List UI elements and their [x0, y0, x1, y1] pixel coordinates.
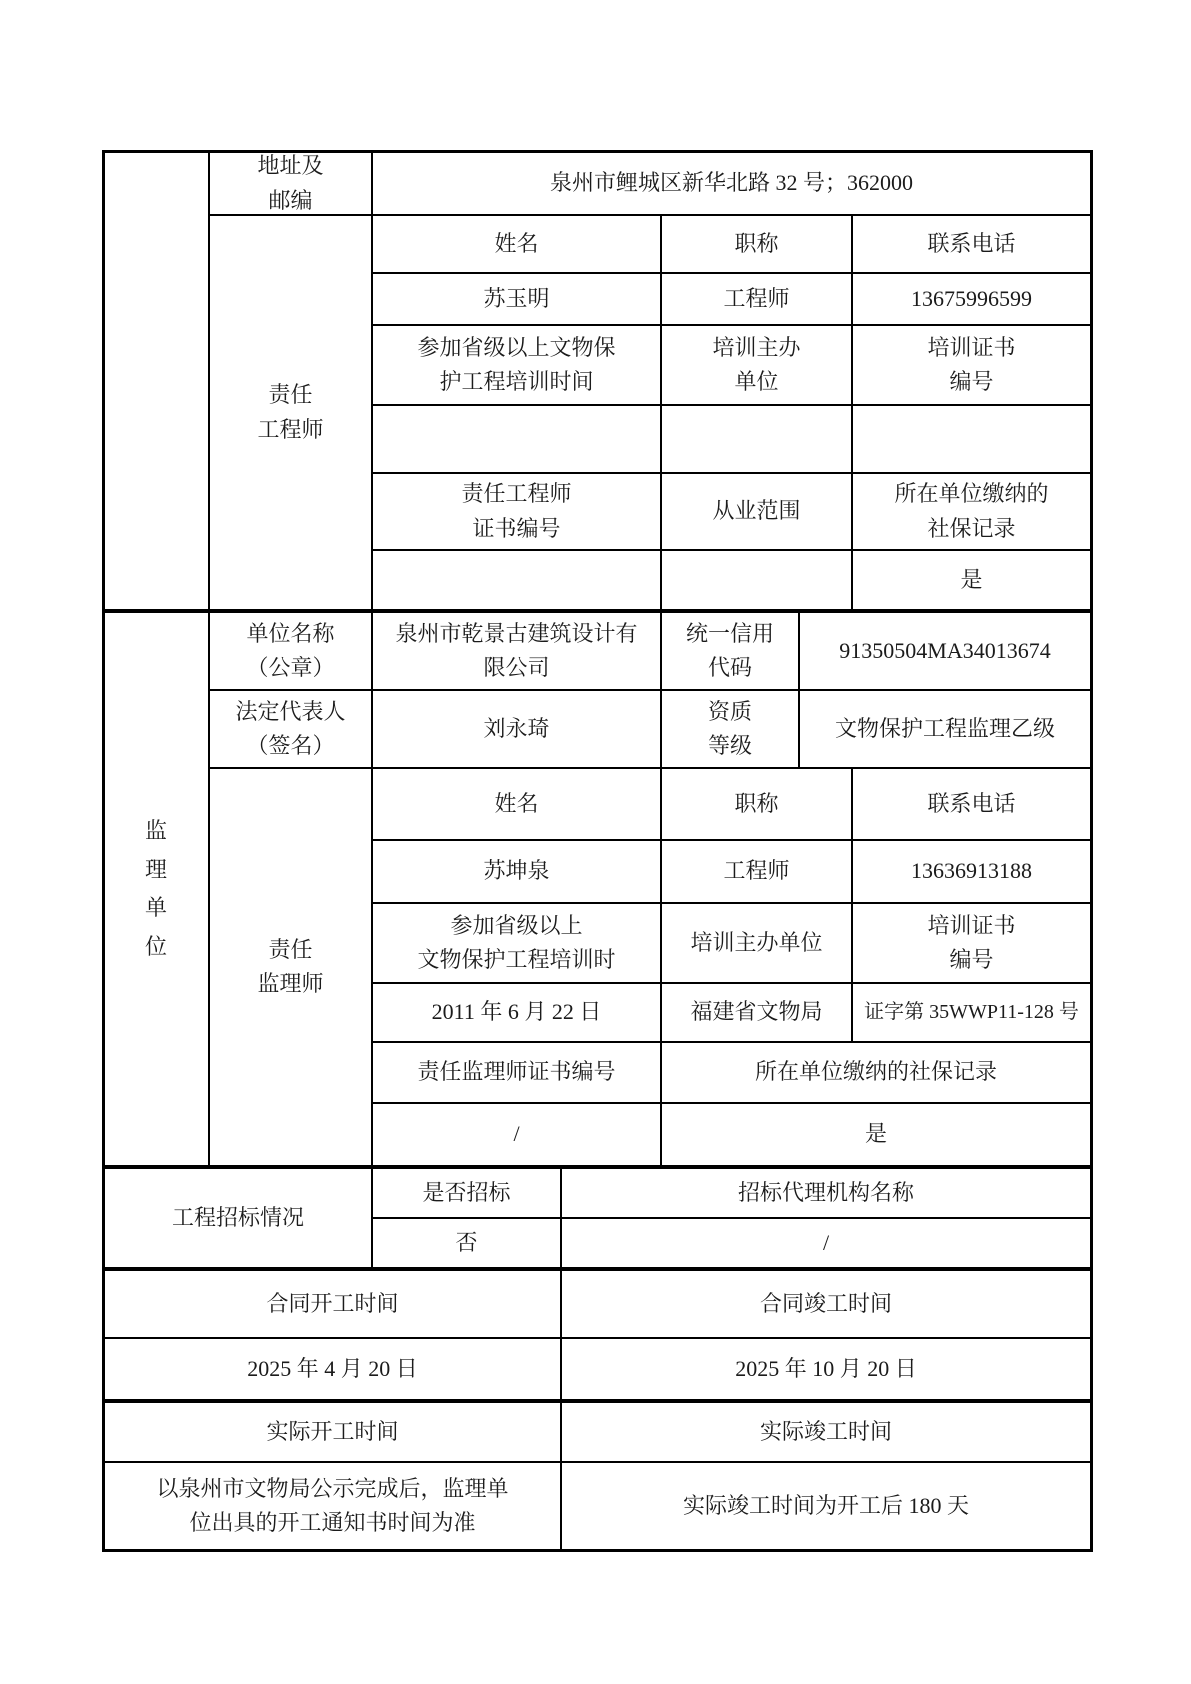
supervisor-header-title-cell: 职称	[662, 769, 853, 841]
supervisor-name-cell: 苏坤泉	[373, 841, 662, 904]
supervisor-cert-number-label-cell: 责任监理师证书编号	[373, 1043, 662, 1104]
engineer-phone-cell: 13675996599	[853, 274, 1090, 326]
engineer-scope-value-cell	[662, 551, 853, 613]
supervisor-training-org-label-cell: 培训主办单位	[662, 904, 853, 984]
engineer-training-org-label-cell: 培训主办 单位	[662, 326, 853, 406]
supervision-company-value-cell: 泉州市乾景古建筑设计有 限公司	[373, 613, 662, 691]
engineer-name-cell: 苏玉明	[373, 274, 662, 326]
supervision-grade-value-cell: 文物保护工程监理乙级	[800, 691, 1090, 769]
supervision-section-label-cell: 监 理 单 位	[105, 613, 210, 1169]
engineer-social-label-cell: 所在单位缴纳的 社保记录	[853, 474, 1090, 551]
actual-end-label-cell: 实际竣工时间	[562, 1403, 1090, 1463]
engineer-training-org-value-cell	[662, 406, 853, 474]
bidding-is-bid-value-cell: 否	[373, 1219, 562, 1271]
engineer-training-time-value-cell	[373, 406, 662, 474]
engineer-training-time-label-cell: 参加省级以上文物保 护工程培训时间	[373, 326, 662, 406]
contract-start-value-cell: 2025 年 4 月 20 日	[105, 1339, 562, 1403]
supervisor-section-label-cell: 责任 监理师	[210, 769, 373, 1169]
address-label-cell: 地址及 邮编	[210, 153, 373, 216]
actual-end-value-cell: 实际竣工时间为开工后 180 天	[562, 1463, 1090, 1549]
engineer-training-cert-label-cell: 培训证书 编号	[853, 326, 1090, 406]
engineer-training-cert-value-cell	[853, 406, 1090, 474]
supervisor-phone-cell: 13636913188	[853, 841, 1090, 904]
supervisor-title-cell: 工程师	[662, 841, 853, 904]
supervisor-training-org-value-cell: 福建省文物局	[662, 984, 853, 1043]
supervisor-training-cert-label-cell: 培训证书 编号	[853, 904, 1090, 984]
address-value-cell: 泉州市鲤城区新华北路 32 号；362000	[373, 153, 1090, 216]
supervisor-cert-number-value-cell: /	[373, 1104, 662, 1169]
engineer-cert-number-value-cell	[373, 551, 662, 613]
prev-section-spacer-cell	[105, 153, 210, 613]
bidding-is-bid-label-cell: 是否招标	[373, 1169, 562, 1219]
engineer-header-name-cell: 姓名	[373, 216, 662, 274]
supervisor-social-label-cell: 所在单位缴纳的社保记录	[662, 1043, 1090, 1104]
supervisor-header-phone-cell: 联系电话	[853, 769, 1090, 841]
supervision-legal-value-cell: 刘永琦	[373, 691, 662, 769]
bidding-agency-label-cell: 招标代理机构名称	[562, 1169, 1090, 1219]
bidding-section-label-cell: 工程招标情况	[105, 1169, 373, 1271]
engineer-section-label-cell: 责任 工程师	[210, 216, 373, 613]
supervision-grade-label-cell: 资质 等级	[662, 691, 800, 769]
engineer-social-value-cell: 是	[853, 551, 1090, 613]
supervisor-social-value-cell: 是	[662, 1104, 1090, 1169]
engineer-title-cell: 工程师	[662, 274, 853, 326]
contract-start-label-cell: 合同开工时间	[105, 1271, 562, 1339]
supervision-company-label-cell: 单位名称 （公章）	[210, 613, 373, 691]
actual-start-value-cell: 以泉州市文物局公示完成后，监理单 位出具的开工通知书时间为准	[105, 1463, 562, 1549]
contract-end-value-cell: 2025 年 10 月 20 日	[562, 1339, 1090, 1403]
supervisor-training-time-label-cell: 参加省级以上 文物保护工程培训时	[373, 904, 662, 984]
registration-table: 地址及 邮编 泉州市鲤城区新华北路 32 号；362000 责任 工程师 姓名 …	[102, 150, 1093, 1552]
actual-start-label-cell: 实际开工时间	[105, 1403, 562, 1463]
supervisor-training-time-value-cell: 2011 年 6 月 22 日	[373, 984, 662, 1043]
supervision-credit-value-cell: 91350504MA34013674	[800, 613, 1090, 691]
supervisor-header-name-cell: 姓名	[373, 769, 662, 841]
engineer-header-phone-cell: 联系电话	[853, 216, 1090, 274]
contract-end-label-cell: 合同竣工时间	[562, 1271, 1090, 1339]
supervisor-training-cert-value-cell: 证字第 35WWP11-128 号	[853, 984, 1090, 1043]
supervision-legal-label-cell: 法定代表人 （签名）	[210, 691, 373, 769]
bidding-agency-value-cell: /	[562, 1219, 1090, 1271]
engineer-scope-label-cell: 从业范围	[662, 474, 853, 551]
supervision-credit-label-cell: 统一信用 代码	[662, 613, 800, 691]
engineer-cert-number-label-cell: 责任工程师 证书编号	[373, 474, 662, 551]
engineer-header-title-cell: 职称	[662, 216, 853, 274]
